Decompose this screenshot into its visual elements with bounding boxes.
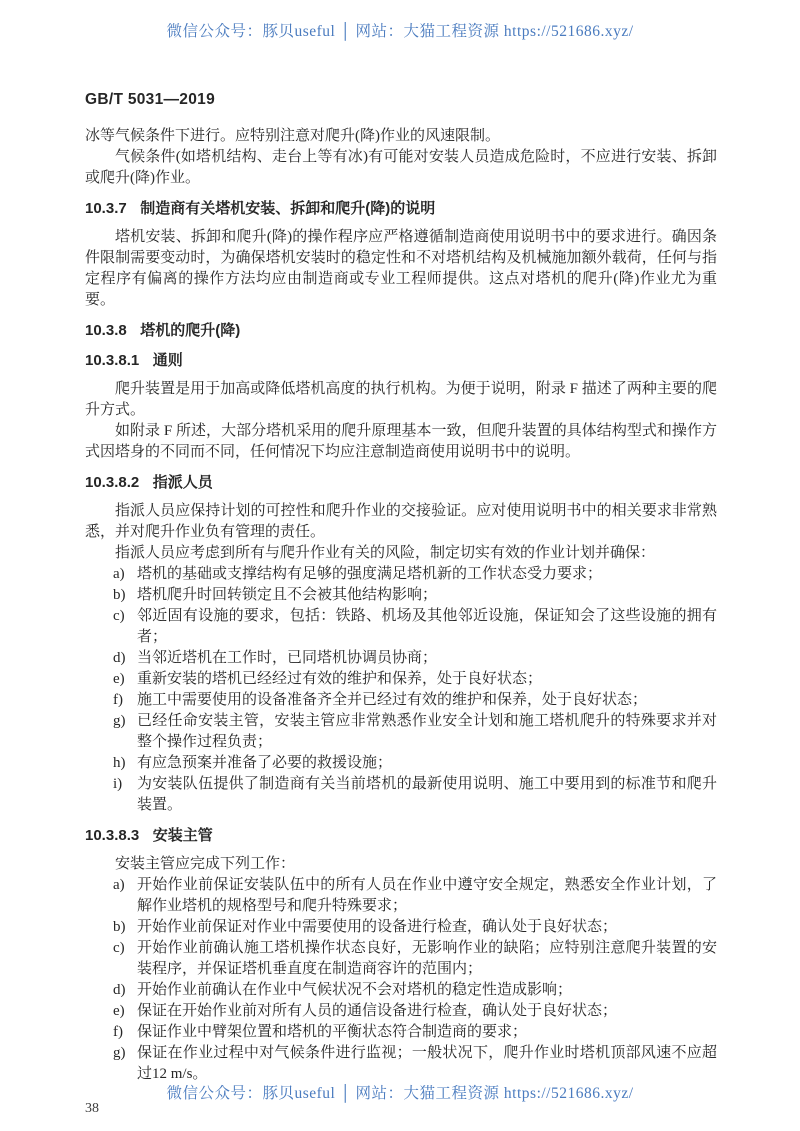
list-item-text: 开始作业前确认施工塔机操作状态良好，无影响作业的缺陷；应特别注意爬升装置的安装程… — [137, 940, 717, 977]
list-item-marker: e) — [113, 669, 125, 690]
section-number: 10.3.8.2 — [85, 474, 139, 491]
standard-number: GB/T 5031—2019 — [85, 91, 717, 109]
section-number: 10.3.8.1 — [85, 352, 139, 369]
section-number: 10.3.8.3 — [85, 827, 139, 844]
list-item: b)塔机爬升时回转锁定且不会被其他结构影响； — [85, 585, 717, 606]
list-item: d)当邻近塔机在工作时，已同塔机协调员协商； — [85, 648, 717, 669]
list-item-text: 保证在作业过程中对气候条件进行监视；一般状况下，爬升作业时塔机顶部风速不应超过1… — [137, 1045, 717, 1082]
list-item-text: 保证作业中臂架位置和塔机的平衡状态符合制造商的要求； — [137, 1024, 527, 1040]
section-title: 通则 — [153, 352, 183, 369]
paragraph: 指派人员应保持计划的可控性和爬升作业的交接验证。应对使用说明书中的相关要求非常熟… — [85, 501, 717, 543]
paragraph: 塔机安装、拆卸和爬升(降)的操作程序应严格遵循制造商使用说明书中的要求进行。确因… — [85, 227, 717, 311]
section-heading-10-3-7: 10.3.7制造商有关塔机安装、拆卸和爬升(降)的说明 — [85, 198, 717, 219]
paragraph: 冰等气候条件下进行。应特别注意对爬升(降)作业的风速限制。 — [85, 126, 717, 147]
list-item: e)重新安装的塔机已经经过有效的维护和保养，处于良好状态； — [85, 669, 717, 690]
list-item-text: 施工中需要使用的设备准备齐全并已经过有效的维护和保养，处于良好状态； — [137, 692, 647, 708]
list-item: i)为安装队伍提供了制造商有关当前塔机的最新使用说明、施工中要用到的标准节和爬升… — [85, 774, 717, 816]
list-item: d)开始作业前确认在作业中气候状况不会对塔机的稳定性造成影响； — [85, 980, 717, 1001]
designated-personnel-list: a)塔机的基础或支撑结构有足够的强度满足塔机新的工作状态受力要求；b)塔机爬升时… — [85, 564, 717, 816]
list-item-text: 开始作业前确认在作业中气候状况不会对塔机的稳定性造成影响； — [137, 982, 572, 998]
list-item-marker: b) — [113, 917, 126, 938]
list-item-text: 开始作业前保证安装队伍中的所有人员在作业中遵守安全规定，熟悉安全作业计划，了解作… — [137, 877, 717, 914]
list-item: a)开始作业前保证安装队伍中的所有人员在作业中遵守安全规定，熟悉安全作业计划，了… — [85, 875, 717, 917]
list-item-marker: b) — [113, 585, 126, 606]
list-item: a)塔机的基础或支撑结构有足够的强度满足塔机新的工作状态受力要求； — [85, 564, 717, 585]
list-item-marker: a) — [113, 875, 125, 896]
list-item-text: 重新安装的塔机已经经过有效的维护和保养，处于良好状态； — [137, 671, 542, 687]
document-page: GB/T 5031—2019 冰等气候条件下进行。应特别注意对爬升(降)作业的风… — [0, 91, 800, 1119]
list-item-text: 为安装队伍提供了制造商有关当前塔机的最新使用说明、施工中要用到的标准节和爬升装置… — [137, 776, 717, 813]
section-number: 10.3.8 — [85, 322, 127, 339]
section-title: 制造商有关塔机安装、拆卸和爬升(降)的说明 — [140, 200, 435, 217]
list-item-text: 保证在开始作业前对所有人员的通信设备进行检查，确认处于良好状态； — [137, 1003, 617, 1019]
document-content: 冰等气候条件下进行。应特别注意对爬升(降)作业的风速限制。 气候条件(如塔机结构… — [85, 126, 717, 1119]
list-item-marker: d) — [113, 648, 126, 669]
list-item-marker: i) — [113, 774, 122, 795]
list-item: g)保证在作业过程中对气候条件进行监视；一般状况下，爬升作业时塔机顶部风速不应超… — [85, 1043, 717, 1085]
section-title: 安装主管 — [153, 827, 213, 844]
paragraph: 安装主管应完成下列工作： — [85, 854, 717, 875]
list-item: b)开始作业前保证对作业中需要使用的设备进行检查，确认处于良好状态； — [85, 917, 717, 938]
wechat-watermark-footer: 微信公众号：豚贝useful │ 网站：大猫工程资源 https://52168… — [0, 1081, 800, 1103]
section-title: 塔机的爬升(降) — [140, 322, 240, 339]
installation-supervisor-list: a)开始作业前保证安装队伍中的所有人员在作业中遵守安全规定，熟悉安全作业计划，了… — [85, 875, 717, 1085]
list-item-text: 邻近固有设施的要求，包括：铁路、机场及其他邻近设施，保证知会了这些设施的拥有者； — [137, 608, 717, 645]
list-item-marker: g) — [113, 1043, 126, 1064]
list-item-text: 塔机爬升时回转锁定且不会被其他结构影响； — [137, 587, 437, 603]
list-item-marker: a) — [113, 564, 125, 585]
list-item: c)开始作业前确认施工塔机操作状态良好，无影响作业的缺陷；应特别注意爬升装置的安… — [85, 938, 717, 980]
list-item-text: 已经任命安装主管，安装主管应非常熟悉作业安全计划和施工塔机爬升的特殊要求并对整个… — [137, 713, 717, 750]
list-item-marker: f) — [113, 690, 123, 711]
list-item-marker: g) — [113, 711, 126, 732]
list-item: h)有应急预案并准备了必要的救援设施； — [85, 753, 717, 774]
list-item: g)已经任命安装主管，安装主管应非常熟悉作业安全计划和施工塔机爬升的特殊要求并对… — [85, 711, 717, 753]
section-title: 指派人员 — [153, 474, 213, 491]
section-heading-10-3-8-2: 10.3.8.2指派人员 — [85, 472, 717, 493]
list-item-marker: f) — [113, 1022, 123, 1043]
section-number: 10.3.7 — [85, 200, 127, 217]
section-heading-10-3-8-3: 10.3.8.3安装主管 — [85, 825, 717, 846]
list-item-marker: e) — [113, 1001, 125, 1022]
list-item: f)保证作业中臂架位置和塔机的平衡状态符合制造商的要求； — [85, 1022, 717, 1043]
list-item-text: 当邻近塔机在工作时，已同塔机协调员协商； — [137, 650, 437, 666]
wechat-watermark-header: 微信公众号：豚贝useful │ 网站：大猫工程资源 https://52168… — [0, 0, 800, 41]
list-item-marker: h) — [113, 753, 126, 774]
list-item-text: 开始作业前保证对作业中需要使用的设备进行检查，确认处于良好状态； — [137, 919, 617, 935]
list-item: e)保证在开始作业前对所有人员的通信设备进行检查，确认处于良好状态； — [85, 1001, 717, 1022]
list-item-marker: d) — [113, 980, 126, 1001]
list-item: f)施工中需要使用的设备准备齐全并已经过有效的维护和保养，处于良好状态； — [85, 690, 717, 711]
list-item-text: 有应急预案并准备了必要的救援设施； — [137, 755, 392, 771]
section-heading-10-3-8: 10.3.8塔机的爬升(降) — [85, 320, 717, 341]
paragraph: 爬升装置是用于加高或降低塔机高度的执行机构。为便于说明，附录 F 描述了两种主要… — [85, 379, 717, 421]
paragraph: 如附录 F 所述，大部分塔机采用的爬升原理基本一致，但爬升装置的具体结构型式和操… — [85, 421, 717, 463]
list-item-marker: c) — [113, 938, 125, 959]
paragraph: 指派人员应考虑到所有与爬升作业有关的风险，制定切实有效的作业计划并确保： — [85, 543, 717, 564]
list-item-marker: c) — [113, 606, 125, 627]
section-heading-10-3-8-1: 10.3.8.1通则 — [85, 350, 717, 371]
list-item-text: 塔机的基础或支撑结构有足够的强度满足塔机新的工作状态受力要求； — [137, 566, 602, 582]
list-item: c)邻近固有设施的要求，包括：铁路、机场及其他邻近设施，保证知会了这些设施的拥有… — [85, 606, 717, 648]
paragraph: 气候条件(如塔机结构、走台上等有冰)有可能对安装人员造成危险时，不应进行安装、拆… — [85, 147, 717, 189]
